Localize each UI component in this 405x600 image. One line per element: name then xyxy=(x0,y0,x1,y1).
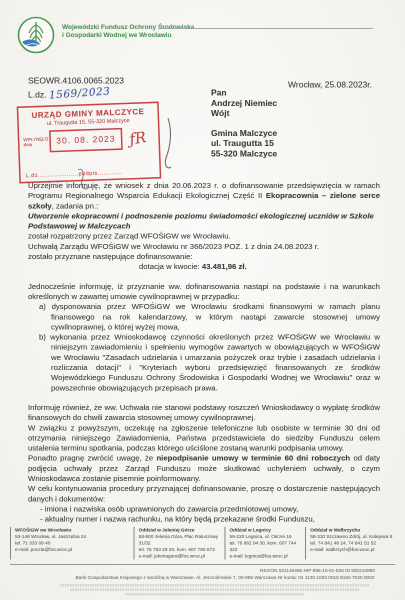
ldz-handwritten-number: 1569/2023 xyxy=(48,85,110,101)
recipient-city: 55-320 Malczyce xyxy=(211,149,277,159)
stamp-date: 30. 08. 2023 xyxy=(56,134,116,146)
letter-body: Uprzejmie informuję, że wniosek z dnia 2… xyxy=(28,181,380,525)
paragraph-contact-30-days: W związku z powyższym, oczekuję na zgłos… xyxy=(28,423,380,453)
paragraph-intro: Uprzejmie informuję, że wniosek z dnia 2… xyxy=(28,181,380,211)
project-title: Utworzenie ekopracowni i podnoszenie poz… xyxy=(28,211,380,231)
office-walbrzych: Oddział w Wałbrzychu 58-310 Szczawno Zdr… xyxy=(305,527,395,560)
p8-lead: Ponadto pragnę zwrócić uwagę, że xyxy=(28,454,156,463)
bank-account-line: Bank Gospodarstwa Krajowego z siedzibą w… xyxy=(65,575,385,581)
grant-amount: 43.481,96 zł. xyxy=(202,263,247,272)
stamp-date-box: 30. 08. 2023 xyxy=(49,128,123,153)
office-phone: tel. 76 862 94 30, kom. 607 744 322 xyxy=(229,540,305,553)
grant-label: dotacja w kwocie: xyxy=(139,263,202,272)
recipient-salutation: Pan xyxy=(211,88,277,98)
paragraph-considered: został rozpatrzony przez Zarząd WFOŚiGW … xyxy=(28,232,380,242)
office-jelenia-gora: Oddział w Jeleniej Górze 58-500 Jelenia … xyxy=(134,527,225,560)
grant-amount-line: dotacja w kwocie: 43.481,96 zł. xyxy=(139,262,380,272)
stamp-received-sub: dnia xyxy=(23,141,49,147)
wfosigw-tree-logo-icon xyxy=(16,15,56,55)
document-item-account: - aktualny numer i nazwa rachunku, na kt… xyxy=(40,515,380,525)
fine-print-line xyxy=(125,593,305,596)
footer-rule xyxy=(10,564,395,565)
ldz-label: L.dz. xyxy=(28,90,46,100)
recipient-spacer xyxy=(211,119,277,129)
scan-wrapper: Wojewódzki Fundusz Ochrony Środowiska i … xyxy=(0,0,405,600)
ldz-row: L.dz. 1569/2023 xyxy=(28,88,110,100)
stamp-initials-handwritten: ƒR xyxy=(128,128,148,148)
org-name: Wojewódzki Fundusz Ochrony Środowiska i … xyxy=(62,23,194,39)
org-name-line1: Wojewódzki Fundusz Ochrony Środowiska xyxy=(62,23,194,31)
recipient-block: Pan Andrzej Niemiec Wójt Gmina Malczyce … xyxy=(211,88,277,159)
recipient-street: ul. Traugutta 15 xyxy=(211,139,277,149)
office-email: e-mail: poczta@fos.wroc.pl xyxy=(15,547,134,554)
regon-nip-line: REGON 021146486 NIP 896-10-01-536 ID 930… xyxy=(260,568,375,574)
paragraph-conditions: Jednocześnie informuję, iż przyznanie ww… xyxy=(28,282,380,302)
paragraph-documents-request: W celu kontynuowania procedury przyznają… xyxy=(28,484,380,504)
document-item-names: - imiona i nazwiska osób uprawnionych do… xyxy=(40,504,380,514)
office-email: e-mail: legnica@fos.wroc.pl xyxy=(229,553,305,560)
handwritten-mark xyxy=(159,115,179,175)
place-date: Wrocław, 25.08.2023r. xyxy=(288,80,372,90)
office-legnica: Oddział w Legnicy 59-220 Legnica, ul. Ok… xyxy=(224,527,305,560)
paragraph-granted: zostało przyznane następujące dofinansow… xyxy=(28,252,380,262)
paragraph-no-claims: Informuję również, że ww. Uchwała nie st… xyxy=(28,403,380,423)
header-rule xyxy=(161,28,373,29)
letter-page: Wojewódzki Fundusz Ochrony Środowiska i … xyxy=(0,0,405,600)
intro-tail: , zadania pn.: xyxy=(52,202,99,211)
stamp-received-label: WPŁYNĘŁO dnia xyxy=(23,136,49,147)
p8-deadline-bold: niepodpisanie umowy w terminie 60 dni ro… xyxy=(156,454,350,463)
fine-print-line xyxy=(70,589,360,592)
stamp-middle-row: WPŁYNĘŁO dnia 30. 08. 2023 ƒR xyxy=(19,127,159,154)
org-name-line2: i Gospodarki Wodnej we Wrocławiu xyxy=(62,31,194,39)
office-email: e-mail: walbrzych@fos.wroc.pl xyxy=(310,547,395,554)
condition-item-a: a) dysponowania przez WFOŚiGW we Wrocław… xyxy=(51,302,380,332)
paragraph-60-days: Ponadto pragnę zwrócić uwagę, że niepodp… xyxy=(28,454,380,484)
recipient-role: Wójt xyxy=(211,109,277,119)
office-address: 58-500 Jelenia Góra, Plac Ratuszowy 31/3… xyxy=(139,534,225,547)
recipient-name: Andrzej Niemiec xyxy=(211,98,277,108)
condition-item-b: b) wykonania przez Wnioskodawcę czynnośc… xyxy=(51,333,380,394)
footer-offices: WFOŚiGW we Wrocławiu 53-148 Wrocław, ul.… xyxy=(10,527,395,560)
spacer xyxy=(28,393,380,403)
office-wroclaw: WFOŚiGW we Wrocławiu 53-148 Wrocław, ul.… xyxy=(10,527,134,560)
paragraph-resolution: Uchwałą Zarządu WFOŚiGW we Wrocławiu nr … xyxy=(28,242,380,252)
office-email: e-mail: jeleniagora@fos.wroc.pl xyxy=(139,553,225,560)
recipient-org: Gmina Malczyce xyxy=(211,128,277,138)
spacer xyxy=(28,272,380,282)
stamp-ldz-podpis-line: L.dz....................podpis..........… xyxy=(26,169,123,178)
fine-print-line xyxy=(60,584,370,587)
